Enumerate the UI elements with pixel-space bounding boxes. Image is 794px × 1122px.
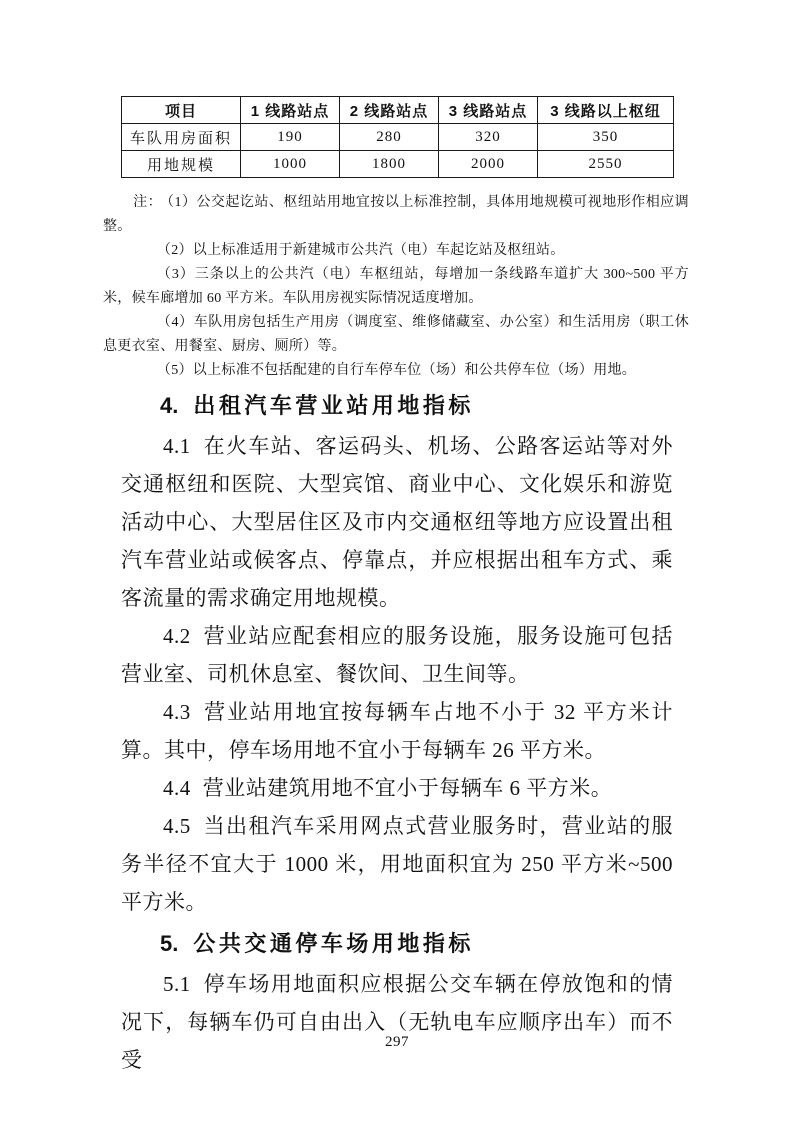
section-4-heading: 4.出租汽车营业站用地指标	[121, 391, 673, 421]
notes-block: 注：（1）公交起讫站、枢纽站用地宜按以上标准控制，具体用地规模可视地形作相应调整…	[103, 191, 689, 383]
table-header-hub: 3 线路以上枢纽	[538, 97, 674, 124]
paragraph-4-1-text: 在火车站、客运码头、机场、公路客运站等对外交通枢纽和医院、大型宾馆、商业中心、文…	[121, 434, 673, 610]
note-text: （1）公交起讫站、枢纽站用地宜按以上标准控制，具体用地规模可视地形作相应调整。	[103, 195, 689, 234]
table-cell: 320	[439, 124, 538, 151]
table-cell: 2550	[538, 151, 674, 178]
note-item-5: （5）以上标准不包括配建的自行车停车位（场）和公共停车位（场）用地。	[103, 359, 689, 383]
section-5-title: 公共交通停车场用地指标	[193, 931, 474, 956]
paragraph-4-4: 4.4营业站建筑用地不宜小于每辆车 6 平方米。	[121, 769, 673, 807]
table-row-label: 用地规模	[122, 151, 241, 178]
paragraph-4-1-number: 4.1	[163, 434, 191, 458]
table-row: 车队用房面积 190 280 320 350	[122, 124, 674, 151]
paragraph-4-2-text: 营业站应配套相应的服务设施，服务设施可包括营业室、司机休息室、餐饮间、卫生间等。	[121, 624, 673, 686]
section-5-heading: 5.公共交通停车场用地指标	[121, 929, 673, 959]
note-item-3: （3）三条以上的公共汽（电）车枢纽站，每增加一条线路车道扩大 300~500 平…	[103, 263, 689, 311]
note-item-2: （2）以上标准适用于新建城市公共汽（电）车起讫站及枢纽站。	[103, 239, 689, 263]
paragraph-5-1-number: 5.1	[163, 972, 191, 996]
paragraph-4-4-number: 4.4	[163, 776, 191, 800]
table-row: 用地规模 1000 1800 2000 2550	[122, 151, 674, 178]
section-4-number: 4.	[160, 393, 178, 418]
paragraph-4-5: 4.5当出租汽车采用网点式营业服务时，营业站的服务半径不宜大于 1000 米，用…	[121, 807, 673, 921]
note-item-4: （4）车队用房包括生产用房（调度室、维修储藏室、办公室）和生活用房（职工休息更衣…	[103, 311, 689, 359]
table-header-item: 项目	[122, 97, 241, 124]
paragraph-4-5-number: 4.5	[163, 814, 191, 838]
station-land-use-table: 项目 1 线路站点 2 线路站点 3 线路站点 3 线路以上枢纽 车队用房面积 …	[121, 96, 674, 178]
table-header-line2: 2 线路站点	[340, 97, 439, 124]
table-cell: 350	[538, 124, 674, 151]
paragraph-4-4-text: 营业站建筑用地不宜小于每辆车 6 平方米。	[203, 776, 613, 800]
table-header-line3: 3 线路站点	[439, 97, 538, 124]
note-item-1: 注：（1）公交起讫站、枢纽站用地宜按以上标准控制，具体用地规模可视地形作相应调整…	[103, 191, 689, 239]
table-row-label: 车队用房面积	[122, 124, 241, 151]
paragraph-5-1: 5.1停车场用地面积应根据公交车辆在停放饱和的情况下，每辆车仍可自由出入（无轨电…	[121, 965, 673, 1079]
paragraph-5-1-text: 停车场用地面积应根据公交车辆在停放饱和的情况下，每辆车仍可自由出入（无轨电车应顺…	[121, 972, 673, 1072]
table-cell: 280	[340, 124, 439, 151]
paragraph-4-3: 4.3营业站用地宜按每辆车占地不小于 32 平方米计算。其中，停车场用地不宜小于…	[121, 693, 673, 769]
page-number: 297	[0, 1034, 794, 1051]
section-5-number: 5.	[160, 931, 178, 956]
table-cell: 2000	[439, 151, 538, 178]
table-cell: 190	[241, 124, 340, 151]
document-page: 项目 1 线路站点 2 线路站点 3 线路站点 3 线路以上枢纽 车队用房面积 …	[0, 0, 794, 1122]
table-header-line1: 1 线路站点	[241, 97, 340, 124]
section-4-title: 出租汽车营业站用地指标	[193, 393, 474, 418]
table-cell: 1800	[340, 151, 439, 178]
notes-label: 注：	[133, 195, 162, 210]
paragraph-4-1: 4.1在火车站、客运码头、机场、公路客运站等对外交通枢纽和医院、大型宾馆、商业中…	[121, 427, 673, 617]
table-header-row: 项目 1 线路站点 2 线路站点 3 线路站点 3 线路以上枢纽	[122, 97, 674, 124]
paragraph-4-2-number: 4.2	[163, 624, 191, 648]
paragraph-4-2: 4.2营业站应配套相应的服务设施，服务设施可包括营业室、司机休息室、餐饮间、卫生…	[121, 617, 673, 693]
paragraph-4-3-text: 营业站用地宜按每辆车占地不小于 32 平方米计算。其中，停车场用地不宜小于每辆车…	[121, 700, 673, 762]
table-cell: 1000	[241, 151, 340, 178]
paragraph-4-3-number: 4.3	[163, 700, 191, 724]
paragraph-4-5-text: 当出租汽车采用网点式营业服务时，营业站的服务半径不宜大于 1000 米，用地面积…	[121, 814, 673, 914]
